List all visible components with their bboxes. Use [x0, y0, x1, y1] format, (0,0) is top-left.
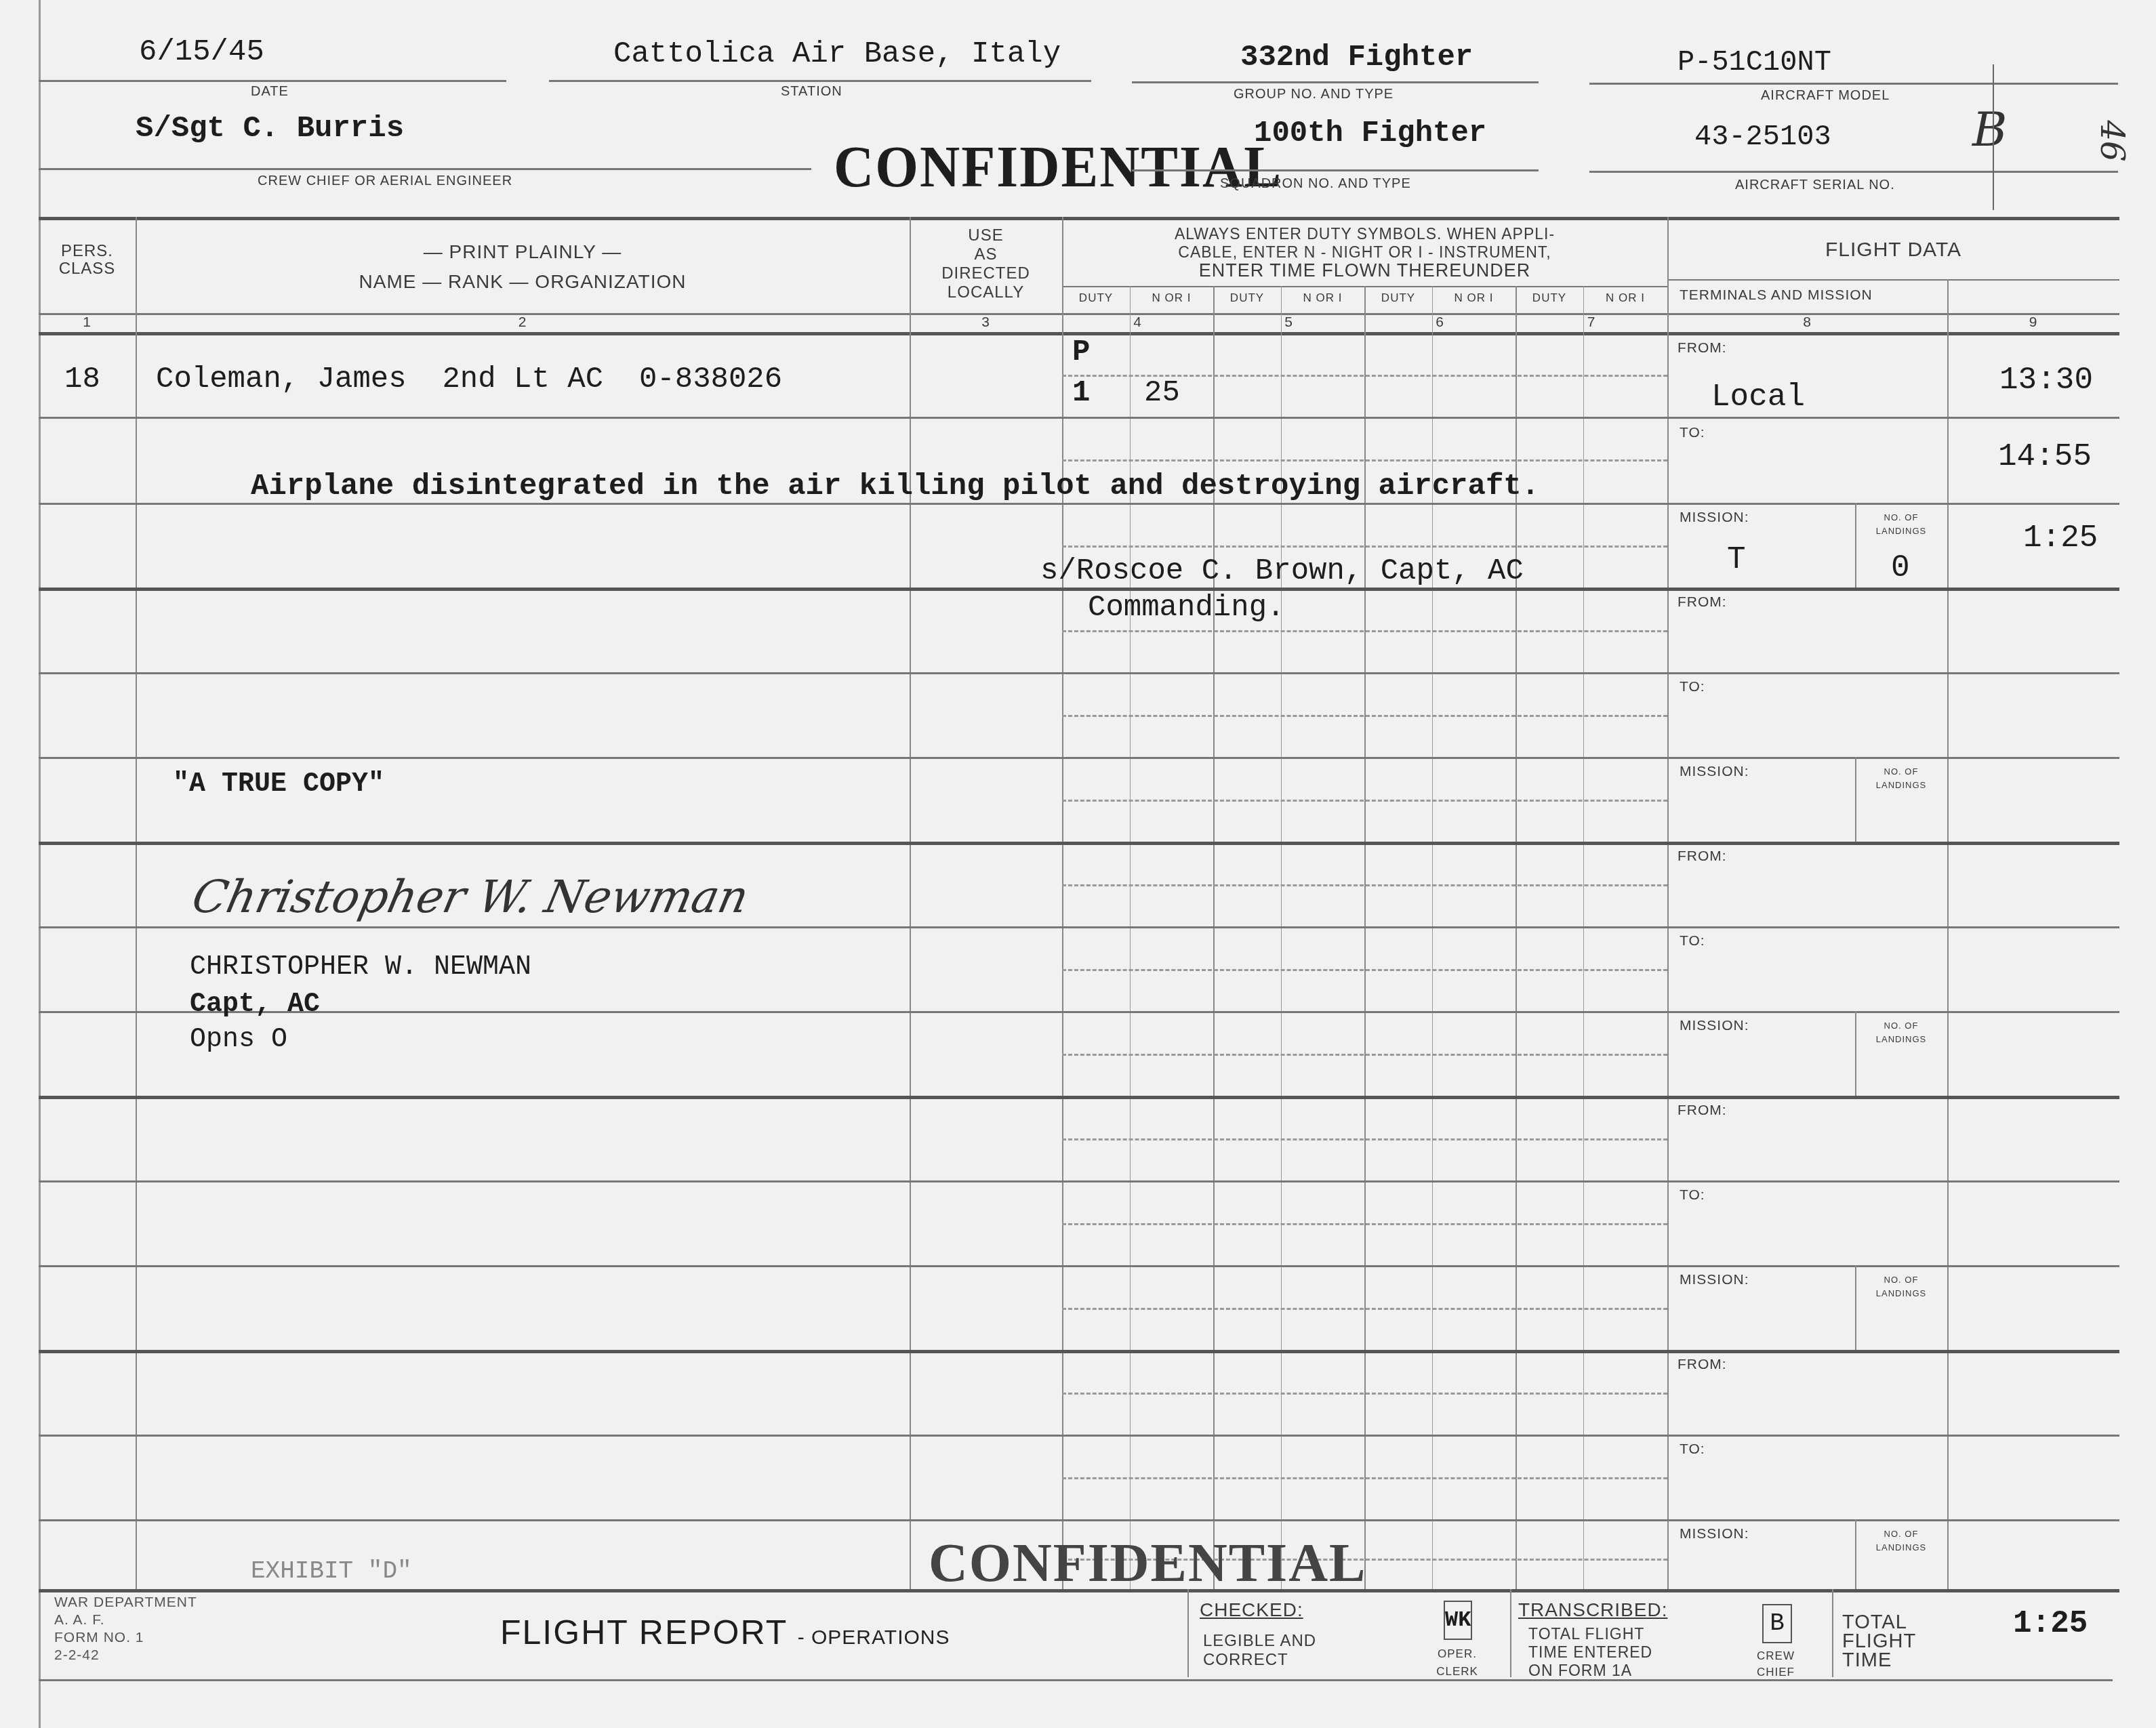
duty-instructions-line-2: CABLE, ENTER N - NIGHT OR I - INSTRUMENT…	[1062, 243, 1667, 262]
duty-midline	[1062, 1223, 1667, 1225]
duty-midline	[1062, 630, 1667, 632]
as-label: AS	[910, 245, 1062, 264]
col-num-6: 6	[1364, 314, 1516, 331]
footer-bottom-rule	[39, 1679, 2113, 1681]
time-label: TIME	[1842, 1651, 1916, 1670]
footer-divider	[1832, 1589, 1833, 1677]
aircraft-serial-label: AIRCRAFT SERIAL NO.	[1735, 178, 1895, 193]
col-num-9: 9	[1947, 314, 2119, 331]
footer-divider	[1187, 1589, 1189, 1677]
certifier-name: CHRISTOPHER W. NEWMAN	[190, 952, 531, 983]
to-label: TO:	[1680, 425, 1705, 441]
landings-label: NO. OF LANDINGS	[1855, 1527, 1947, 1555]
from-label: FROM:	[1677, 1103, 1727, 1119]
date-value: 6/15/45	[139, 35, 264, 69]
group-underline	[1132, 81, 1539, 83]
duty-instructions-line-1: ALWAYS ENTER DUTY SYMBOLS. WHEN APPLI-	[1062, 225, 1667, 243]
from-time-value: 13:30	[1999, 363, 2093, 398]
duty-sub-label: DUTY	[1062, 291, 1130, 305]
confidential-stamp-bottom: CONFIDENTIAL	[929, 1533, 1366, 1595]
mission-label: MISSION:	[1680, 1018, 1749, 1034]
clerk-label: CLERK	[1423, 1663, 1491, 1681]
col-num-7: 7	[1516, 314, 1667, 331]
duty-midline	[1062, 459, 1667, 461]
crew-name-value: Coleman, James 2nd Lt AC 0-838026	[156, 363, 782, 396]
duty-hours-value: 1	[1072, 376, 1090, 410]
col-divider	[136, 217, 137, 1589]
row-rule	[39, 757, 2119, 759]
duty-sub-label: DUTY	[1516, 291, 1583, 305]
nori-sub-label: N OR I	[1583, 291, 1667, 305]
duty-instructions-line-3: ENTER TIME FLOWN THEREUNDER	[1062, 262, 1667, 280]
col-num-3: 3	[910, 314, 1062, 331]
squadron-value: 100th Fighter	[1254, 117, 1486, 150]
block-rule	[39, 842, 2119, 845]
signed-title: Commanding.	[1088, 591, 1284, 625]
crew-chief-underline	[39, 168, 811, 170]
nori-sub-label: N OR I	[1130, 291, 1213, 305]
landings-label-2: LANDINGS	[1855, 1287, 1947, 1300]
duty-midline	[1062, 969, 1667, 971]
flight-time-value: 1:25	[2023, 520, 2098, 556]
margin-tick-line	[1993, 64, 1994, 210]
station-label: STATION	[781, 84, 842, 100]
aircraft-serial-underline	[1589, 171, 2118, 173]
col-num-2: 2	[136, 314, 910, 331]
col-num-1: 1	[39, 314, 136, 331]
war-department-label: WAR DEPARTMENT	[54, 1594, 197, 1611]
row-rule	[39, 1180, 2119, 1182]
crew-label: CREW	[1745, 1648, 1806, 1664]
transcribed-block: TOTAL FLIGHT TIME ENTERED ON FORM 1A	[1528, 1625, 1652, 1680]
landings-label-1: NO. OF	[1855, 1273, 1947, 1287]
duty-instructions-header: ALWAYS ENTER DUTY SYMBOLS. WHEN APPLI- C…	[1062, 225, 1667, 280]
pers-class-header: PERS. CLASS	[39, 243, 136, 278]
landings-label: NO. OF LANDINGS	[1855, 765, 1947, 792]
squadron-label: SQUADRON NO. AND TYPE	[1220, 176, 1411, 192]
to-label: TO:	[1680, 1187, 1705, 1204]
margin-mark-46: 46	[2093, 120, 2131, 161]
crew-chief-label: CREW CHIEF	[1745, 1648, 1806, 1681]
landings-label: NO. OF LANDINGS	[1855, 1273, 1947, 1300]
name-header: — PRINT PLAINLY — NAME — RANK — ORGANIZA…	[136, 237, 910, 297]
landings-label-1: NO. OF	[1855, 1019, 1947, 1033]
total-flight-time-value: 1:25	[2013, 1606, 2088, 1641]
landings-label-1: NO. OF	[1855, 1527, 1947, 1541]
duty-sub-label: DUTY	[1364, 291, 1432, 305]
duty-midline	[1062, 1477, 1667, 1479]
terminals-mission-label: TERMINALS AND MISSION	[1680, 287, 1873, 304]
directed-label: DIRECTED	[910, 264, 1062, 283]
col-divider	[1062, 217, 1063, 1589]
chief-label: CHIEF	[1745, 1664, 1806, 1681]
duty-midline	[1062, 1393, 1667, 1395]
flight-data-subrule	[1667, 279, 2119, 281]
duty-midline	[1062, 884, 1667, 886]
date-underline	[39, 80, 506, 82]
form-title-sub: - OPERATIONS	[798, 1626, 950, 1649]
row-rule	[39, 1435, 2119, 1437]
aircraft-model-underline	[1589, 83, 2118, 85]
form-date-label: 2-2-42	[54, 1647, 197, 1664]
flight-label: FLIGHT	[1842, 1632, 1916, 1651]
on-form-1a-label: ON FORM 1A	[1528, 1662, 1652, 1680]
row-rule	[39, 1011, 2119, 1013]
landings-label-1: NO. OF	[1855, 511, 1947, 524]
col-num-5: 5	[1213, 314, 1364, 331]
block-rule	[39, 1096, 2119, 1099]
signed-by: s/Roscoe C. Brown, Capt, AC	[1040, 554, 1524, 588]
oper-label: OPER.	[1423, 1645, 1491, 1663]
duty-minutes-value: 25	[1144, 376, 1180, 410]
form-number-label: FORM NO. 1	[54, 1629, 197, 1647]
total-label: TOTAL	[1842, 1613, 1916, 1632]
aircraft-model-value: P-51C10NT	[1677, 46, 1831, 79]
confidential-stamp-top: CONFIDENTIAL	[834, 134, 1282, 201]
to-label: TO:	[1680, 1441, 1705, 1458]
crew-chief-initial-box: B	[1762, 1604, 1792, 1643]
col-divider	[1667, 217, 1669, 1589]
legible-label: LEGIBLE AND	[1203, 1632, 1316, 1651]
from-value: Local	[1711, 379, 1805, 415]
duty-symbol-value: P	[1072, 335, 1090, 369]
group-label: GROUP NO. AND TYPE	[1234, 87, 1394, 102]
use-locally-header: USE AS DIRECTED LOCALLY	[910, 226, 1062, 302]
locally-label: LOCALLY	[910, 283, 1062, 302]
incident-statement: Airplane disintegrated in the air killin…	[251, 470, 1539, 503]
true-copy-label: "A TRUE COPY"	[173, 769, 384, 800]
from-label: FROM:	[1677, 594, 1727, 611]
to-label: TO:	[1680, 679, 1705, 695]
duty-midline	[1062, 715, 1667, 717]
duty-sub-label: DUTY	[1213, 291, 1281, 305]
landings-value: 0	[1891, 550, 1910, 585]
col-num-8: 8	[1667, 314, 1947, 331]
mission-label: MISSION:	[1680, 764, 1749, 780]
mission-label: MISSION:	[1680, 1272, 1749, 1288]
landings-label-2: LANDINGS	[1855, 1541, 1947, 1555]
row-rule	[39, 1519, 2119, 1521]
col-num-4: 4	[1062, 314, 1213, 331]
from-label: FROM:	[1677, 340, 1727, 356]
to-time-value: 14:55	[1998, 439, 2092, 474]
name-rank-org-label: NAME — RANK — ORGANIZATION	[136, 267, 910, 297]
row-rule	[39, 1265, 2119, 1267]
landings-label-2: LANDINGS	[1855, 779, 1947, 792]
duty-midline	[1062, 1308, 1667, 1310]
crew-chief-label: CREW CHIEF OR AERIAL ENGINEER	[258, 173, 512, 189]
time-entered-label: TIME ENTERED	[1528, 1643, 1652, 1662]
landings-label-2: LANDINGS	[1855, 1033, 1947, 1046]
duty-midline	[1062, 1138, 1667, 1140]
pers-class-label-2: CLASS	[39, 260, 136, 278]
squadron-underline	[1132, 169, 1539, 171]
mission-value: T	[1727, 542, 1746, 577]
certifier-rank: Capt, AC	[190, 989, 320, 1020]
form-title: FLIGHT REPORT - OPERATIONS	[500, 1613, 950, 1652]
form-title-main: FLIGHT REPORT	[500, 1613, 788, 1651]
landings-label: NO. OF LANDINGS	[1855, 511, 1947, 538]
total-flight-label: TOTAL FLIGHT	[1528, 1625, 1652, 1643]
landings-label-1: NO. OF	[1855, 765, 1947, 779]
col-divider	[1947, 279, 1949, 1589]
aircraft-serial-value: 43-25103	[1694, 121, 1831, 153]
from-label: FROM:	[1677, 848, 1727, 865]
nori-sub-label: N OR I	[1281, 291, 1364, 305]
handwritten-signature: Christopher W. Newman	[188, 871, 754, 923]
pers-class-label-1: PERS.	[39, 243, 136, 260]
correct-label: CORRECT	[1203, 1651, 1316, 1670]
oper-clerk-label: OPER. CLERK	[1423, 1645, 1491, 1681]
row-rule	[39, 926, 2119, 928]
flight-data-header: FLIGHT DATA	[1667, 239, 2119, 262]
war-department-block: WAR DEPARTMENT A. A. F. FORM NO. 1 2-2-4…	[54, 1594, 197, 1664]
print-plainly-label: — PRINT PLAINLY —	[136, 237, 910, 267]
row-rule	[39, 672, 2119, 674]
nori-sub-label: N OR I	[1432, 291, 1516, 305]
use-label: USE	[910, 226, 1062, 245]
aaf-label: A. A. F.	[54, 1611, 197, 1629]
station-value: Cattolica Air Base, Italy	[613, 37, 1061, 71]
landings-label: NO. OF LANDINGS	[1855, 1019, 1947, 1046]
date-label: DATE	[251, 84, 289, 100]
aircraft-model-label: AIRCRAFT MODEL	[1761, 88, 1890, 104]
row-rule	[39, 417, 2119, 419]
total-flight-time-label: TOTAL FLIGHT TIME	[1842, 1613, 1916, 1670]
legible-correct-block: LEGIBLE AND CORRECT	[1203, 1632, 1316, 1670]
certifier-role: Opns O	[190, 1025, 287, 1055]
pers-class-value: 18	[64, 363, 100, 396]
duty-midline	[1062, 1054, 1667, 1056]
from-label: FROM:	[1677, 1357, 1727, 1373]
oper-clerk-initials-box: WK	[1444, 1601, 1472, 1640]
mission-label: MISSION:	[1680, 1526, 1749, 1542]
group-value: 332nd Fighter	[1240, 41, 1473, 75]
exhibit-label: EXHIBIT "D"	[251, 1557, 412, 1585]
block-rule	[39, 1350, 2119, 1353]
footer-divider	[1510, 1589, 1511, 1677]
landings-label-2: LANDINGS	[1855, 524, 1947, 538]
duty-midline	[1062, 800, 1667, 802]
crew-chief-value: S/Sgt C. Burris	[136, 112, 404, 146]
table-top-rule	[39, 217, 2119, 220]
mission-label: MISSION:	[1680, 510, 1749, 526]
duty-midline	[1062, 546, 1667, 548]
to-label: TO:	[1680, 933, 1705, 949]
station-underline	[549, 80, 1091, 82]
checked-label: CHECKED:	[1200, 1599, 1303, 1621]
transcribed-label: TRANSCRIBED:	[1518, 1599, 1667, 1621]
margin-mark-b: B	[1972, 102, 2007, 157]
col-divider	[910, 217, 911, 1589]
